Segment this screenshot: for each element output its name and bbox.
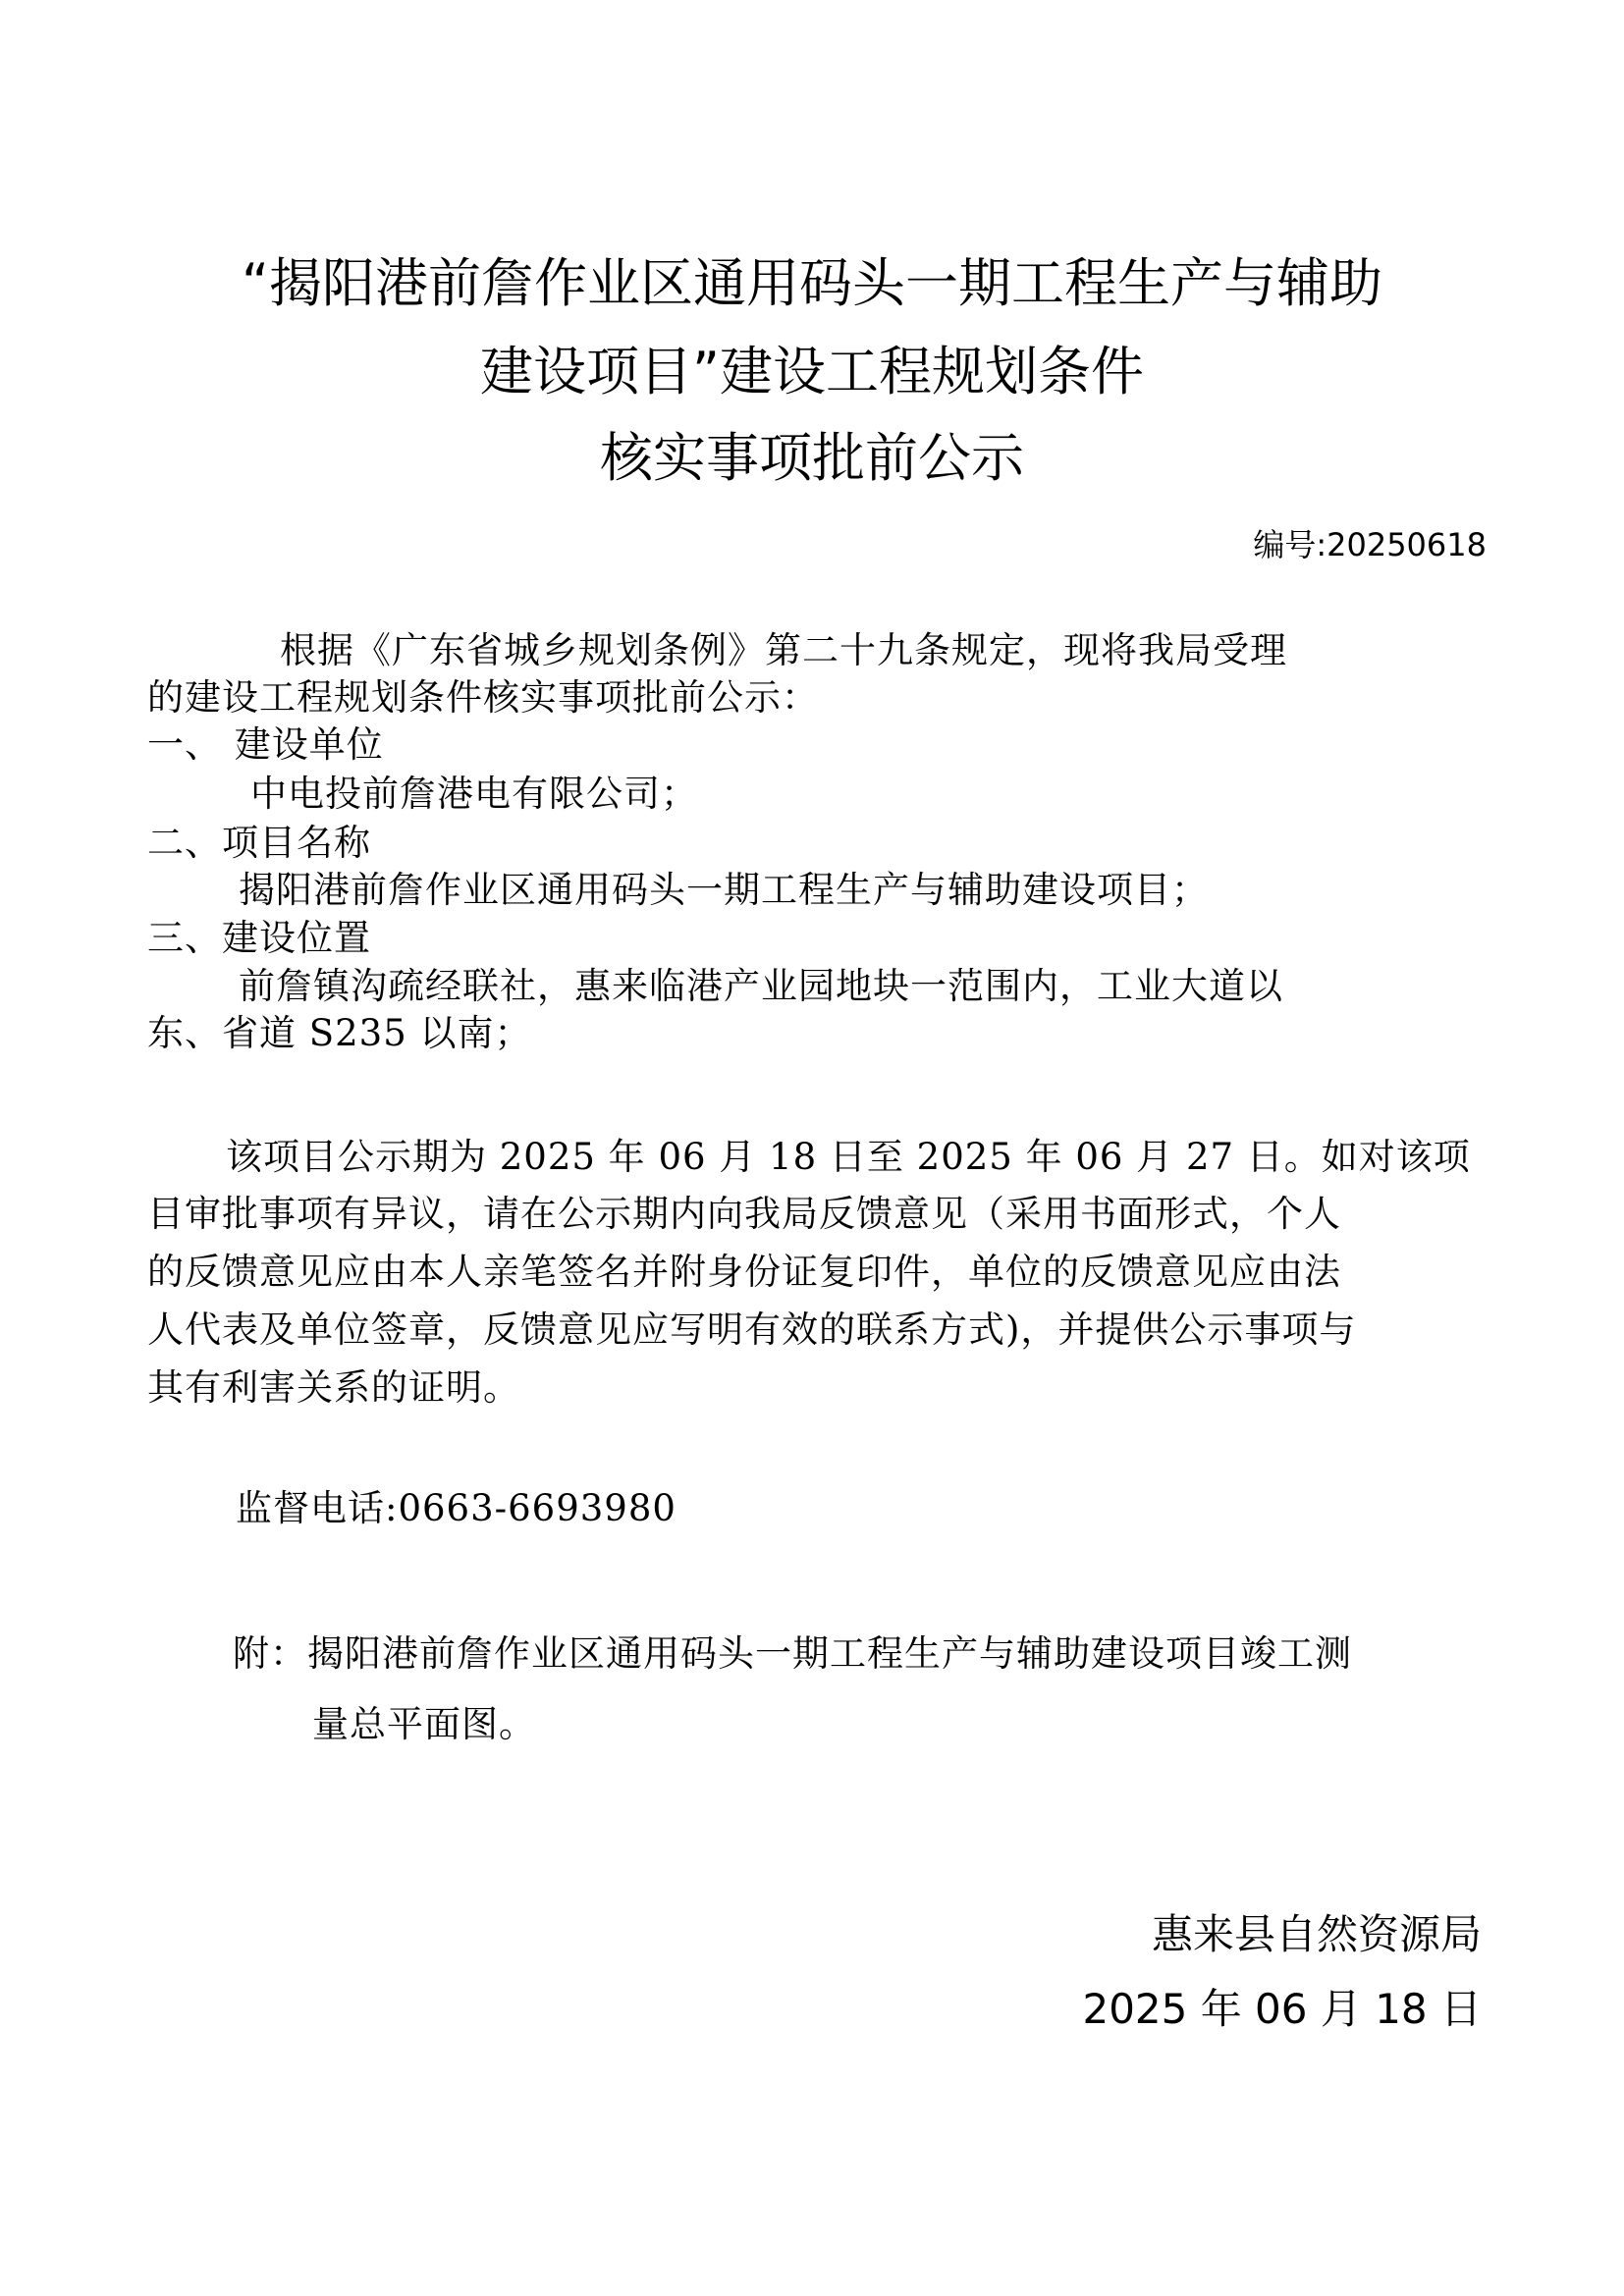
document-number: 编号:20250618	[1253, 520, 1487, 565]
notice-line-1: 该项目公示期为 2025 年 06 月 18 日至 2025 年 06 月 27…	[226, 1139, 1471, 1175]
section-content-1: 中电投前詹港电有限公司；	[250, 775, 698, 812]
intro-line-2: 的建设工程规划条件核实事项批前公示：	[147, 679, 819, 716]
notice-line-4: 人代表及单位签章，反馈意见应写明有效的联系方式)，并提供公示事项与	[147, 1311, 1356, 1348]
title-line-1: “揭阳港前詹作业区通用码头一期工程生产与辅助	[0, 257, 1624, 310]
title-line-3: 核实事项批前公示	[0, 432, 1624, 485]
section-heading-2: 二、项目名称	[147, 825, 371, 861]
notice-line-5: 其有利害关系的证明。	[147, 1369, 520, 1406]
intro-line-1: 根据《广东省城乡规划条例》第二十九条规定，现将我局受理	[280, 632, 1287, 668]
title-line-2: 建设项目”建设工程规划条件	[0, 346, 1624, 399]
section-heading-1: 一、 建设单位	[147, 726, 384, 763]
section-content-3-line-1: 前詹镇沟疏经联社，惠来临港产业园地块一范围内，工业大道以	[239, 968, 1283, 1004]
section-content-2: 揭阳港前詹作业区通用码头一期工程生产与辅助建设项目；	[239, 872, 1209, 908]
notice-line-2: 目审批事项有异议，请在公示期内向我局反馈意见（采用书面形式，个人	[147, 1196, 1341, 1232]
notice-line-3: 的反馈意见应由本人亲笔签名并附身份证复印件，单位的反馈意见应由法	[147, 1254, 1341, 1290]
issue-date: 2025 年 06 月 18 日	[1082, 1977, 1482, 2036]
issuing-organization: 惠来县自然资源局	[1152, 1902, 1482, 1961]
attachment-line-1: 附：揭阳港前詹作业区通用码头一期工程生产与辅助建设项目竣工测	[233, 1635, 1352, 1672]
supervision-hotline: 监督电话:0663-6693980	[236, 1490, 677, 1526]
attachment-line-2: 量总平面图。	[312, 1706, 536, 1742]
section-content-3-line-2: 东、省道 S235 以南；	[147, 1015, 532, 1051]
section-heading-3: 三、建设位置	[147, 920, 371, 956]
